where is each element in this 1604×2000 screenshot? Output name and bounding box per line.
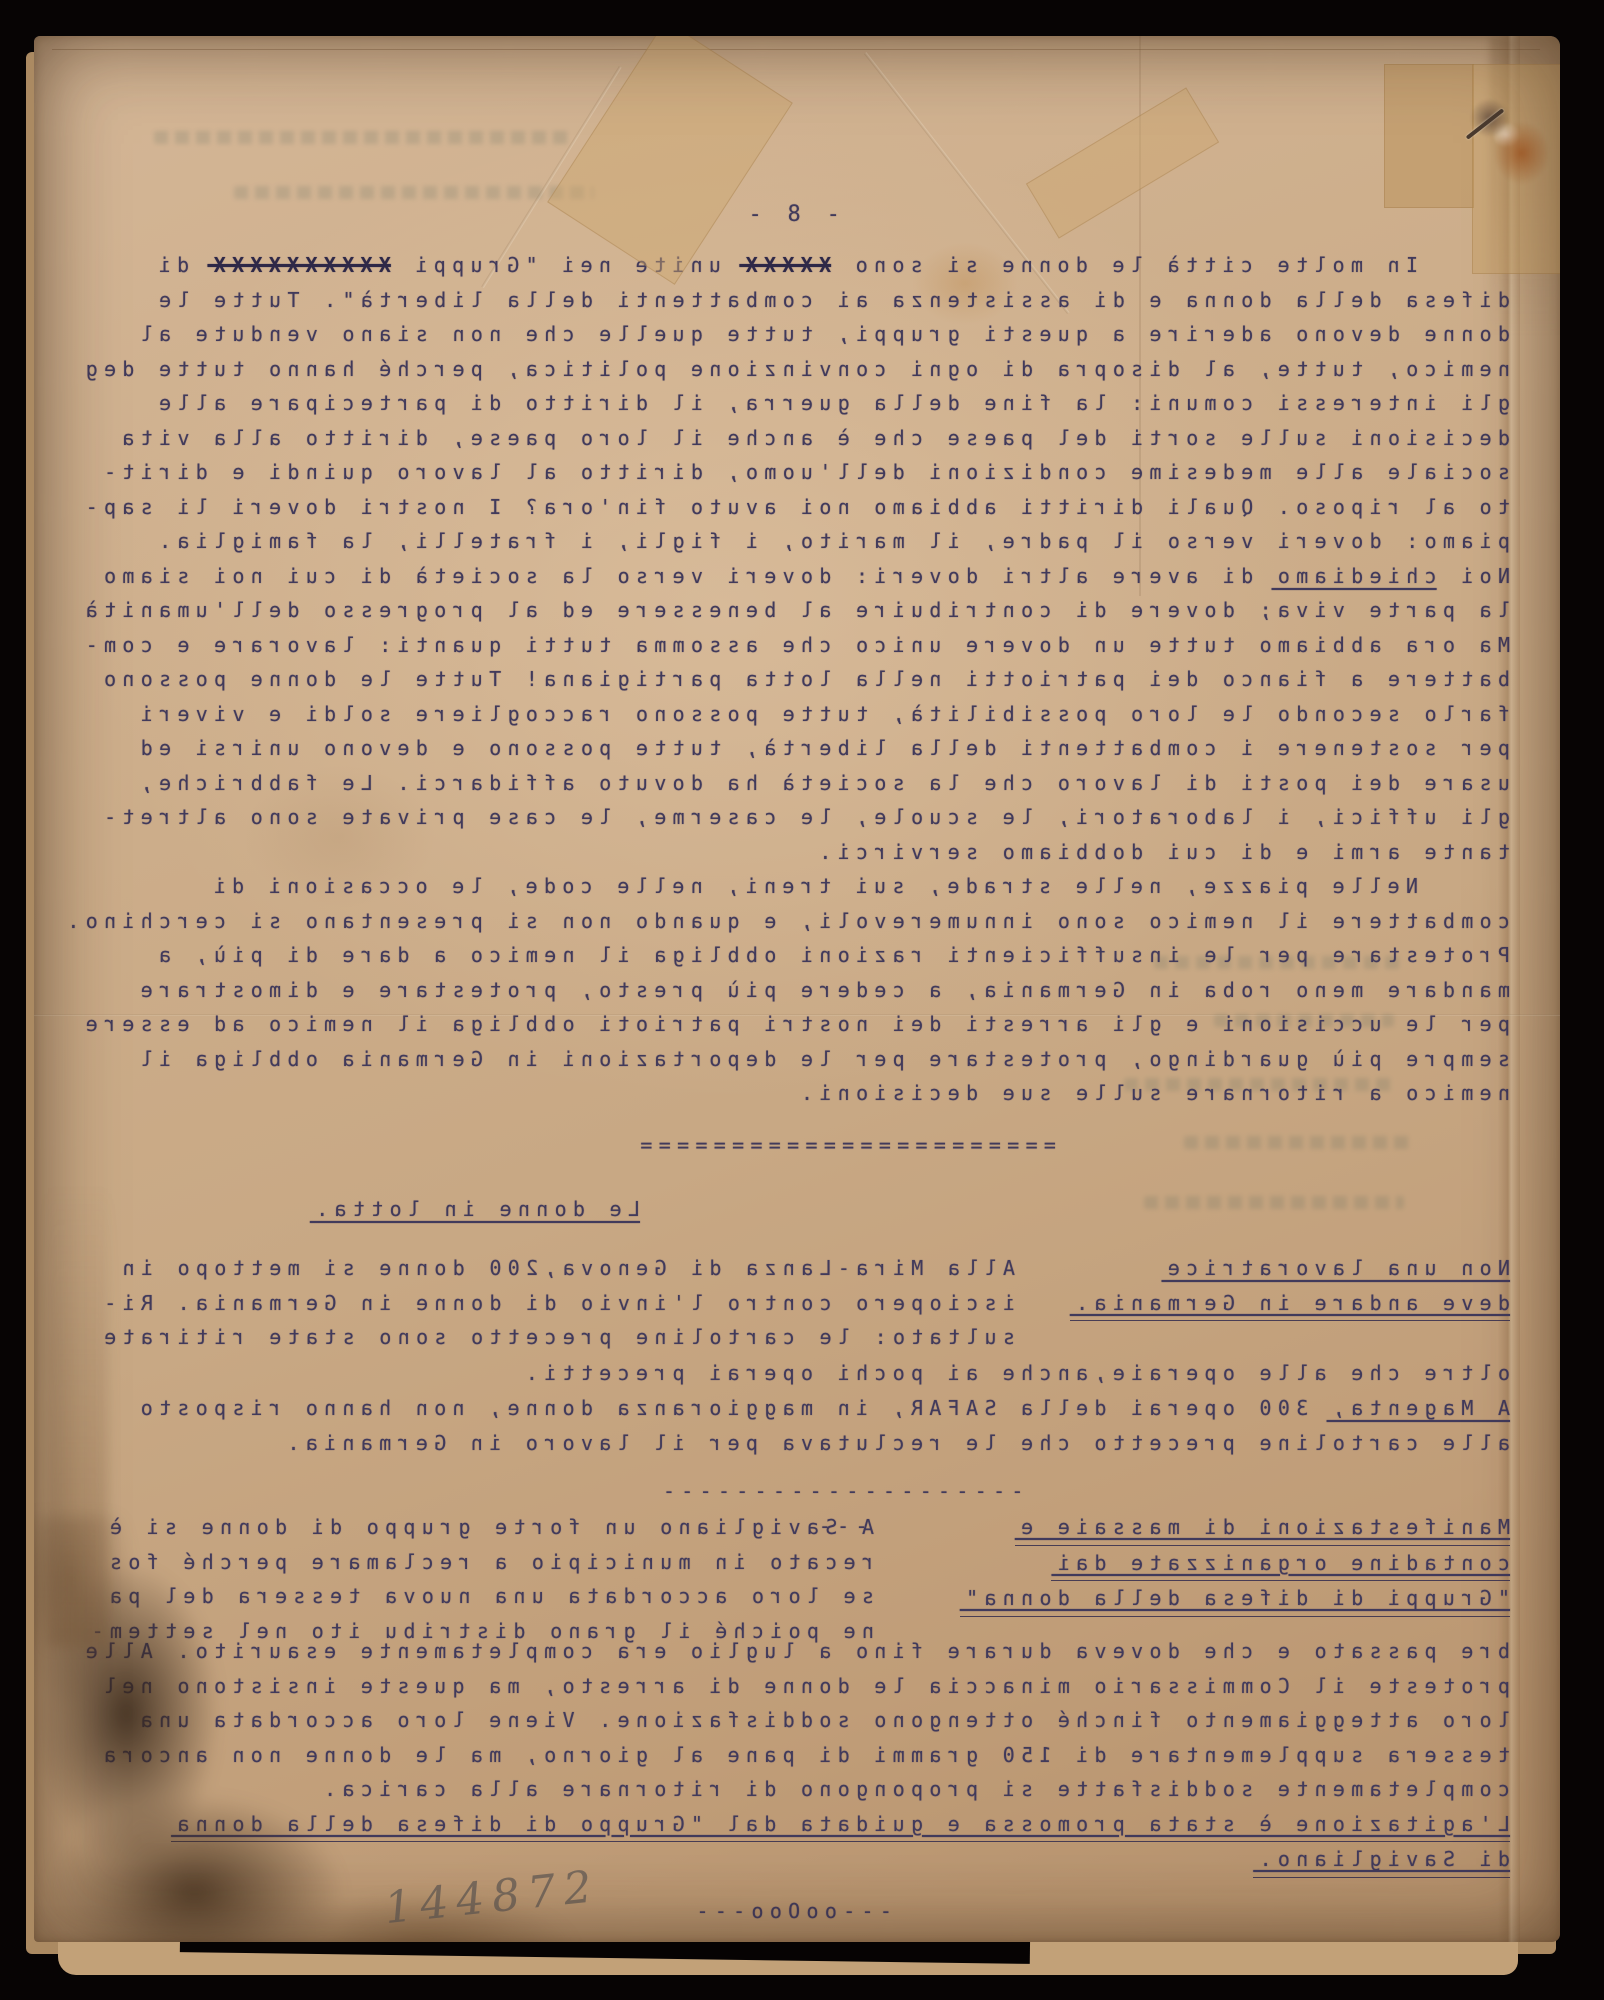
typed-line: sempre più guardingo, protestare per le … xyxy=(72,1042,1510,1077)
typed-text: di xyxy=(152,253,207,277)
struck-out-text: XXXXXXXXXX xyxy=(207,253,390,277)
typed-line: la parte viva; dovere di contribuire al … xyxy=(72,593,1510,628)
typed-line: deve andare in Germania. xyxy=(1070,1286,1510,1322)
typed-line: farlo secondo le loro possibilità, tutte… xyxy=(72,697,1510,732)
typed-line: tante armi e di cui dobbiamo servirci. xyxy=(72,835,1510,870)
typed-line: per sostenere i combattenti della libert… xyxy=(72,731,1510,766)
typed-line: In molte città le donne si sono XXXXX un… xyxy=(72,248,1510,283)
typed-line: Alla Mira-Lanza di Genova,200 donne si m… xyxy=(98,1251,1015,1286)
underlined-word: chiediamo xyxy=(1272,564,1437,588)
typed-line: A Magenta, 300 operai della SAFAR, in ma… xyxy=(72,1391,1510,1426)
page-number: - 8 - xyxy=(72,198,1510,233)
typed-line: nemico, tutte, al disopra di ogni convin… xyxy=(72,352,1510,387)
typed-line: gli uffici, i laboratori, le scuole, le … xyxy=(72,800,1510,835)
scanned-document-photo: - 8 - In molte città le donne si sono XX… xyxy=(0,0,1604,2000)
margin-note: Non una lavoratricedeve andare in German… xyxy=(1040,1251,1510,1321)
typed-line: difesa della donna e di assistenza ai co… xyxy=(72,283,1510,318)
main-paragraphs: In molte città le donne si sono XXXXX un… xyxy=(72,248,1510,1111)
typed-line: Manifestazioni di massaie e xyxy=(1015,1510,1510,1546)
edge-stain xyxy=(48,1186,108,1646)
typed-line: decisioni sulle sorti del paese che è an… xyxy=(72,421,1510,456)
item-body: Alla Mira-Lanza di Genova,200 donne si m… xyxy=(98,1251,1015,1355)
margin-note: Manifestazioni di massaie econtadine org… xyxy=(910,1510,1510,1617)
typed-line: Nelle piazze, nelle strade, sui treni, n… xyxy=(72,869,1510,904)
typed-line: Noi chiediamo di avere altri doveri: dov… xyxy=(72,559,1510,594)
typed-line: "Gruppi di difesa della donna" xyxy=(960,1581,1510,1617)
struck-out-text: XXXXX xyxy=(739,253,831,277)
typed-line: battere a fianco dei patriotti nella lot… xyxy=(72,662,1510,697)
typed-line: alle cartoline precetto che le reclutava… xyxy=(72,1426,1510,1461)
typed-line: to al riposo. Quali diritti abbiamo noi … xyxy=(72,490,1510,525)
underlined-word: A Magenta, xyxy=(1327,1396,1510,1420)
typed-text: 300 operai della SAFAR, in maggioranza d… xyxy=(134,1396,1326,1420)
typed-line: per le uccisioni e gli arresti dei nostr… xyxy=(72,1007,1510,1042)
section-divider: ======================= xyxy=(630,1128,1060,1163)
typed-line: sociale alle medesime condizioni dell'uo… xyxy=(72,455,1510,490)
news-item-1: Non una lavoratricedeve andare in German… xyxy=(72,1251,1510,1361)
typed-text: di avere altri doveri: doveri verso la s… xyxy=(98,564,1272,588)
typed-line: contadine organizzate dai xyxy=(1051,1546,1510,1582)
typed-line: nemico a ritornare sulle sue decisioni. xyxy=(72,1076,1510,1111)
typed-line: combattere il nemico sono innumerevoli, … xyxy=(72,904,1510,939)
typed-text: In molte città le donne si sono xyxy=(831,253,1418,277)
typed-line: Protestare per le insufficienti razioni … xyxy=(72,938,1510,973)
typed-line: piamo: doveri verso il padre, il marito,… xyxy=(72,524,1510,559)
typed-line: Non una lavoratrice xyxy=(1162,1251,1510,1286)
rust-stain xyxy=(1432,76,1560,216)
typed-line: sultato: le cartoline precetto sono stat… xyxy=(98,1320,1015,1355)
typed-line: isciopero contro l'invio di donne in Ger… xyxy=(98,1286,1015,1321)
typed-line: oltre che alle operaie,anche ai pochi op… xyxy=(72,1356,1510,1391)
typed-line: donne devono aderire a questi gruppi, tu… xyxy=(72,317,1510,352)
underlined-line: di Savigliano. xyxy=(1253,1842,1510,1878)
section-heading: Le donne in lotta. xyxy=(310,1192,640,1227)
typed-line: mandare meno roba in Germania, a cedere … xyxy=(72,973,1510,1008)
typed-line: Ma ora abbiamo tutte un dovere unico che… xyxy=(72,628,1510,663)
typed-line: gli interessi comuni: la fine della guer… xyxy=(72,386,1510,421)
document-page: - 8 - In molte città le donne si sono XX… xyxy=(34,36,1560,1942)
typed-text: Noi xyxy=(1437,564,1510,588)
typed-line: usare dei posti di lavoro che la società… xyxy=(72,766,1510,801)
paragraph-lines: difesa della donna e di assistenza ai co… xyxy=(72,283,1510,559)
paragraph-lines: la parte viva; dovere di contribuire al … xyxy=(72,593,1510,1111)
